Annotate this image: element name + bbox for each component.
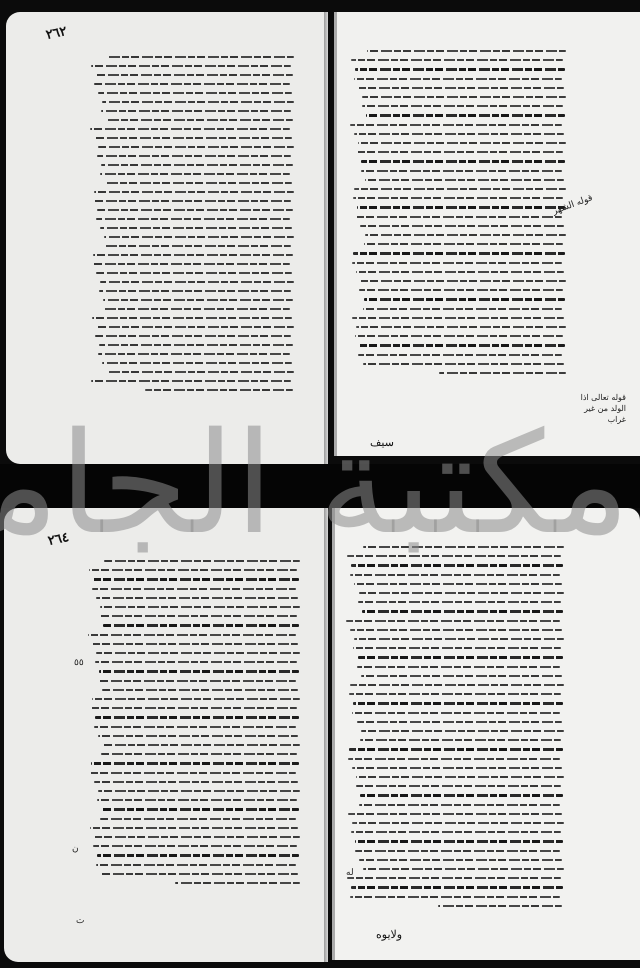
top-left-page: ٢٦٢: [6, 12, 328, 464]
text-line: [364, 243, 563, 245]
text-line: [363, 308, 562, 310]
text-line: [351, 564, 563, 567]
text-line: [360, 739, 561, 741]
text-line: [102, 101, 294, 103]
text-line: [93, 845, 297, 847]
text-line: [355, 68, 565, 71]
text-line: [97, 155, 291, 157]
text-line: [361, 160, 565, 163]
text-line: [88, 634, 296, 636]
text-line: [94, 83, 290, 85]
text-line: [363, 546, 564, 548]
text-line: [349, 693, 561, 695]
text-line: [358, 601, 561, 603]
text-line: [360, 794, 563, 797]
text-line: [92, 317, 292, 319]
text-line: [99, 670, 299, 673]
text-line: [100, 818, 296, 820]
text-line: [357, 721, 562, 723]
text-line: [439, 372, 566, 374]
text-block: [354, 50, 566, 381]
text-line: [100, 873, 298, 875]
text-line: [357, 666, 560, 668]
text-line: [93, 254, 293, 256]
text-line: [103, 624, 299, 627]
text-line: [93, 200, 291, 202]
text-line: [91, 762, 299, 765]
text-line: [101, 753, 297, 755]
text-line: [106, 371, 294, 373]
text-line: [101, 110, 291, 112]
text-line: [90, 772, 296, 774]
text-line: [175, 882, 300, 884]
text-line: [351, 886, 563, 889]
text-line: [358, 142, 566, 144]
text-line: [98, 146, 294, 148]
text-line: [102, 362, 292, 364]
text-line: [351, 831, 561, 833]
text-line: [95, 335, 291, 337]
text-line: [353, 197, 563, 199]
text-line: [354, 188, 566, 190]
text-line: [92, 263, 290, 265]
gutter: [332, 508, 335, 960]
text-line: [106, 56, 294, 58]
text-line: [92, 698, 300, 700]
text-line: [366, 114, 565, 117]
text-line: [358, 87, 564, 89]
text-line: [356, 785, 561, 787]
margin-mark: ن: [72, 844, 79, 855]
text-line: [105, 119, 293, 121]
text-line: [352, 767, 562, 769]
text-line: [362, 96, 566, 98]
text-line: [97, 854, 299, 857]
text-line: [96, 597, 298, 599]
text-line: [354, 638, 564, 640]
text-line: [94, 781, 298, 783]
text-line: [355, 335, 563, 337]
text-line: [96, 218, 290, 220]
text-line: [93, 578, 299, 581]
text-line: [359, 289, 563, 291]
text-line: [361, 170, 562, 172]
text-line: [104, 560, 300, 562]
text-line: [98, 790, 300, 792]
text-line: [348, 758, 560, 760]
text-line: [100, 281, 294, 283]
text-line: [103, 299, 293, 301]
gutter: [324, 12, 328, 464]
text-line: [352, 712, 560, 714]
text-line: [95, 661, 297, 663]
bottom-left-page: ٢٦٤ ٥٥ ن ت: [4, 508, 328, 962]
text-line: [145, 389, 293, 391]
text-line: [350, 124, 562, 126]
spread-divider: [0, 464, 640, 508]
text-line: [367, 50, 566, 52]
text-line: [350, 629, 562, 631]
catchword: سيف: [370, 436, 394, 449]
text-line: [359, 859, 562, 861]
text-line: [90, 128, 290, 130]
top-right-page: قوله الشهر قوله تعالى اذا الولد من غير غ…: [334, 12, 640, 456]
text-line: [360, 280, 566, 282]
text-line: [365, 234, 566, 236]
text-line: [438, 905, 562, 907]
text-line: [96, 864, 296, 866]
text-line: [98, 680, 296, 682]
text-line: [357, 151, 563, 153]
text-line: [356, 216, 562, 218]
text-line: [350, 896, 560, 898]
text-line: [99, 344, 293, 346]
text-line: [102, 744, 300, 746]
text-line: [363, 363, 564, 365]
text-line: [358, 656, 563, 659]
text-line: [89, 569, 297, 571]
text-line: [92, 588, 296, 590]
text-line: [91, 65, 291, 67]
text-line: [99, 615, 297, 617]
text-line: [363, 868, 564, 870]
text-line: [361, 675, 562, 677]
text-line: [349, 748, 563, 751]
text-line: [100, 173, 290, 175]
page-number: ٢٦٢: [45, 24, 69, 43]
text-line: [104, 236, 294, 238]
text-line: [98, 92, 292, 94]
text-line: [97, 799, 297, 801]
text-line: [94, 137, 292, 139]
text-line: [352, 822, 564, 824]
text-line: [360, 225, 564, 227]
text-line: [351, 59, 563, 61]
text-line: [353, 252, 565, 255]
margin-mark: ٥٥: [74, 658, 84, 669]
catchword: ولايوه: [376, 928, 402, 941]
text-line: [354, 133, 564, 135]
text-line: [355, 850, 560, 852]
text-line: [102, 689, 298, 691]
text-line: [357, 206, 565, 209]
text-line: [362, 610, 563, 613]
text-line: [92, 643, 298, 645]
text-line: [94, 726, 296, 728]
text-line: [347, 555, 561, 557]
text-block: [350, 546, 564, 914]
text-line: [102, 308, 290, 310]
text-line: [359, 804, 560, 806]
margin-mark: ت: [76, 916, 84, 927]
margin-note: له: [346, 868, 354, 879]
text-line: [364, 298, 565, 301]
text-line: [95, 74, 293, 76]
text-line: [100, 606, 300, 608]
text-line: [355, 840, 563, 843]
text-line: [101, 808, 299, 811]
text-block: [92, 560, 300, 891]
text-block: [94, 56, 294, 398]
text-line: [350, 684, 564, 686]
text-line: [353, 702, 563, 705]
text-line: [98, 353, 290, 355]
margin-note-lower: قوله تعالى اذا الولد من غير غراب: [566, 392, 626, 425]
text-line: [94, 836, 300, 838]
text-line: [361, 730, 564, 732]
text-line: [99, 290, 291, 292]
text-line: [91, 380, 291, 382]
text-line: [96, 326, 294, 328]
text-line: [96, 272, 292, 274]
text-line: [362, 105, 563, 107]
text-line: [101, 164, 293, 166]
text-line: [95, 716, 299, 719]
text-line: [346, 620, 560, 622]
text-line: [98, 735, 298, 737]
text-line: [90, 827, 298, 829]
text-line: [103, 245, 291, 247]
text-line: [356, 326, 566, 328]
text-line: [365, 179, 564, 181]
text-line: [354, 583, 562, 585]
text-line: [348, 813, 562, 815]
text-line: [359, 344, 565, 347]
text-line: [359, 592, 564, 594]
page-number: ٢٦٤: [47, 530, 71, 549]
text-line: [352, 262, 562, 264]
text-line: [347, 877, 561, 879]
text-line: [354, 78, 562, 80]
text-line: [350, 574, 560, 576]
text-line: [104, 182, 292, 184]
text-line: [353, 647, 561, 649]
text-line: [356, 271, 564, 273]
text-line: [94, 191, 294, 193]
text-line: [352, 317, 564, 319]
gutter: [334, 12, 337, 456]
text-line: [358, 354, 562, 356]
text-line: [356, 776, 564, 778]
text-line: [96, 652, 300, 654]
gutter: [324, 508, 328, 962]
text-line: [100, 227, 292, 229]
bottom-right-page: له ولايوه: [332, 508, 640, 960]
text-line: [97, 209, 293, 211]
text-line: [91, 707, 297, 709]
